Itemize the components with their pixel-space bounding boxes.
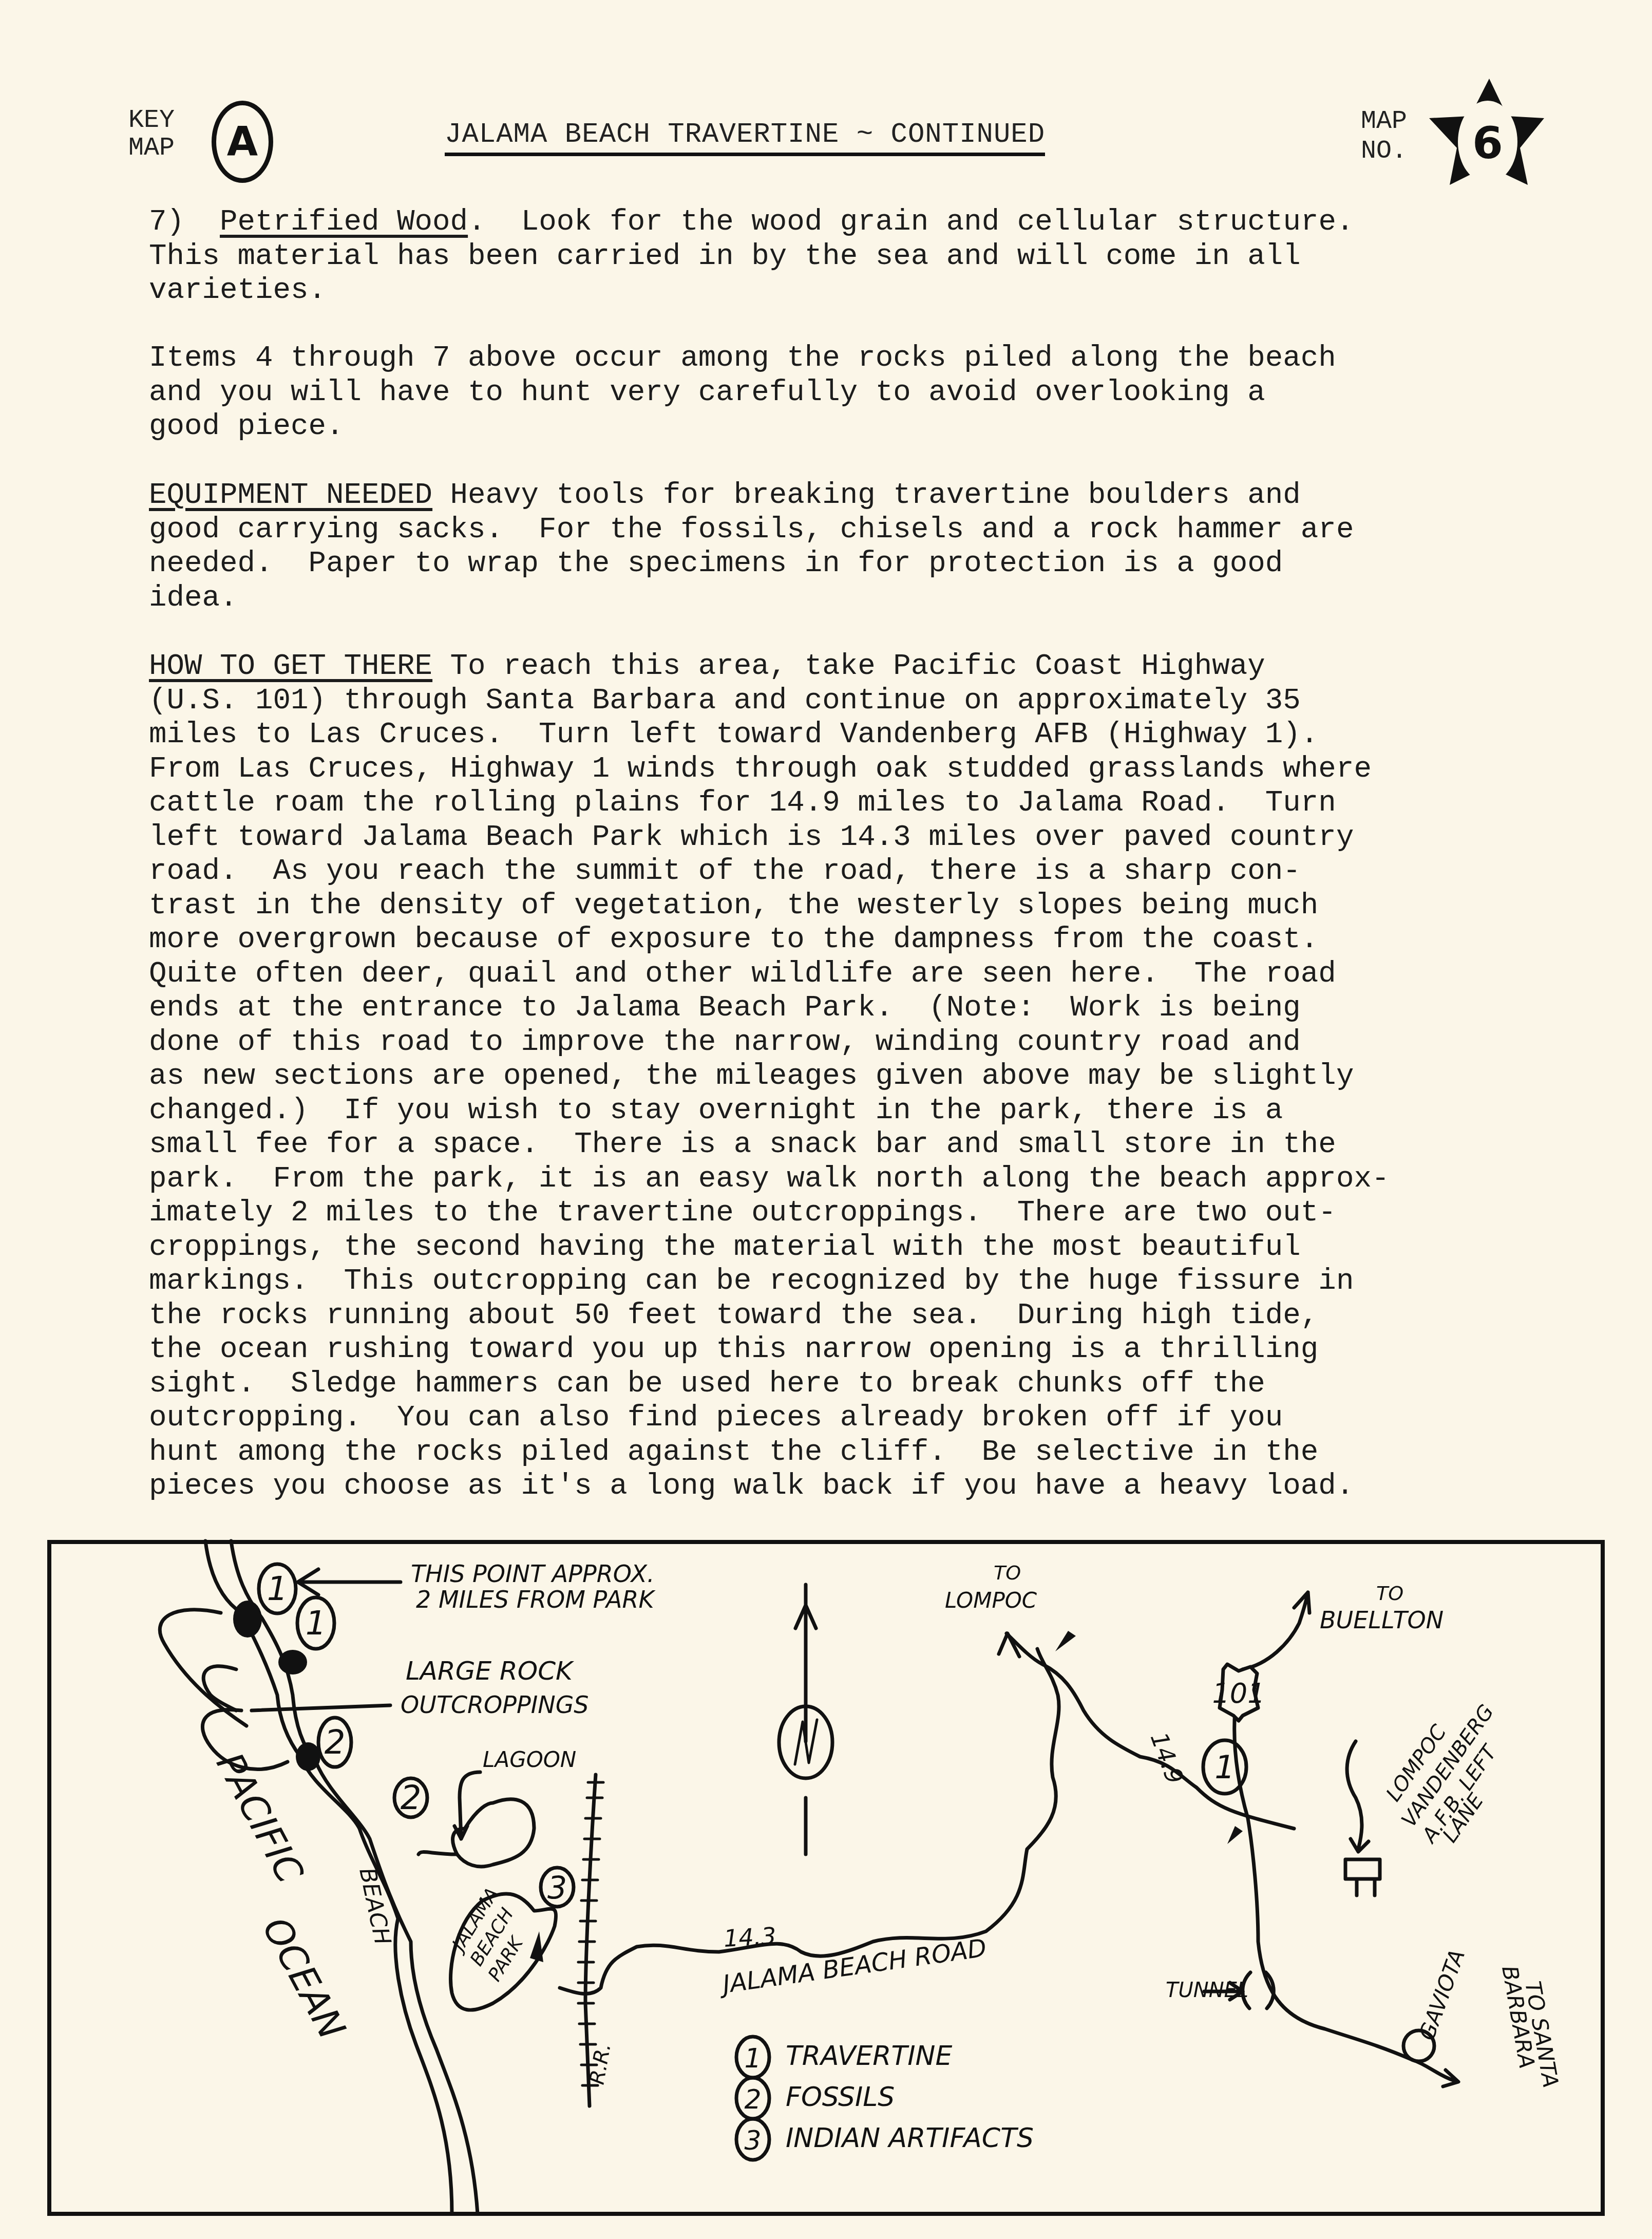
- map-frame: [47, 1540, 1605, 2216]
- text-line: . Look for the wood grain and cellular s…: [468, 205, 1354, 239]
- text-line: small fee for a space. There is a snack …: [149, 1128, 1336, 1161]
- text-line: varieties.: [149, 274, 326, 307]
- text-line: Quite often deer, quail and other wildli…: [149, 957, 1336, 991]
- text-line: changed.) If you wish to stay overnight …: [149, 1094, 1283, 1127]
- text-line: the ocean rushing toward you up this nar…: [149, 1333, 1318, 1366]
- map-number: 6: [1472, 118, 1503, 169]
- text-line: imately 2 miles to the travertine outcro…: [149, 1196, 1336, 1230]
- text-line: (U.S. 101) through Santa Barbara and con…: [149, 684, 1301, 718]
- text-line: done of this road to improve the narrow,…: [149, 1026, 1301, 1059]
- equipment-heading: EQUIPMENT NEEDED: [149, 479, 432, 512]
- key-map-label: KEY MAP: [128, 107, 175, 162]
- text-line: miles to Las Cruces. Turn left toward Va…: [149, 718, 1318, 751]
- text-line: markings. This outcropping can be recogn…: [149, 1265, 1354, 1298]
- equipment-paragraph: EQUIPMENT NEEDED Heavy tools for breakin…: [149, 479, 1597, 615]
- text-line: To reach this area, take Pacific Coast H…: [432, 650, 1265, 683]
- text-line: the rocks running about 50 feet toward t…: [149, 1299, 1318, 1332]
- key-map-label-line1: KEY: [128, 107, 175, 135]
- text-line: good piece.: [149, 410, 344, 443]
- text-line: sight. Sledge hammers can be used here t…: [149, 1367, 1265, 1401]
- text-line: as new sections are opened, the mileages…: [149, 1060, 1354, 1093]
- map-no-label-line2: NO.: [1361, 137, 1407, 166]
- star-badge-icon: 6: [1425, 76, 1548, 186]
- text-line: hunt among the rocks piled against the c…: [149, 1436, 1318, 1469]
- text-line: needed. Paper to wrap the specimens in f…: [149, 547, 1283, 580]
- item7-paragraph: 7) Petrified Wood. Look for the wood gra…: [149, 205, 1597, 308]
- text-line: park. From the park, it is an easy walk …: [149, 1162, 1389, 1196]
- text-line: From Las Cruces, Highway 1 winds through…: [149, 752, 1372, 786]
- item7-number: 7): [149, 205, 184, 239]
- key-map-label-line2: MAP: [128, 135, 175, 162]
- text-line: left toward Jalama Beach Park which is 1…: [149, 821, 1354, 854]
- text-line: and you will have to hunt very carefully…: [149, 376, 1265, 409]
- text-line: croppings, the second having the materia…: [149, 1231, 1301, 1264]
- key-map-letter: A: [227, 119, 258, 165]
- items-note-paragraph: Items 4 through 7 above occur among the …: [149, 342, 1597, 444]
- text-line: trast in the density of vegetation, the …: [149, 889, 1318, 923]
- text-line: outcropping. You can also find pieces al…: [149, 1401, 1283, 1435]
- how-to-heading: HOW TO GET THERE: [149, 650, 432, 683]
- page-title: JALAMA BEACH TRAVERTINE ~ CONTINUED: [445, 119, 1045, 156]
- text-line: idea.: [149, 581, 238, 615]
- text-line: ends at the entrance to Jalama Beach Par…: [149, 991, 1301, 1025]
- how-to-get-there-paragraph: HOW TO GET THERE To reach this area, tak…: [149, 650, 1597, 1504]
- text-line: good carrying sacks. For the fossils, ch…: [149, 513, 1354, 547]
- map-number-label: MAP NO.: [1361, 107, 1407, 166]
- item7-heading: Petrified Wood: [220, 205, 468, 239]
- text-line: Heavy tools for breaking travertine boul…: [432, 479, 1301, 512]
- text-line: road. As you reach the summit of the roa…: [149, 855, 1301, 888]
- text-line: more overgrown because of exposure to th…: [149, 923, 1318, 956]
- key-map-badge: A: [212, 101, 273, 183]
- map-no-label-line1: MAP: [1361, 107, 1407, 137]
- text-line: cattle roam the rolling plains for 14.9 …: [149, 786, 1336, 820]
- text-line: Items 4 through 7 above occur among the …: [149, 342, 1336, 375]
- text-line: pieces you choose as it's a long walk ba…: [149, 1470, 1354, 1503]
- text-line: This material has been carried in by the…: [149, 240, 1301, 273]
